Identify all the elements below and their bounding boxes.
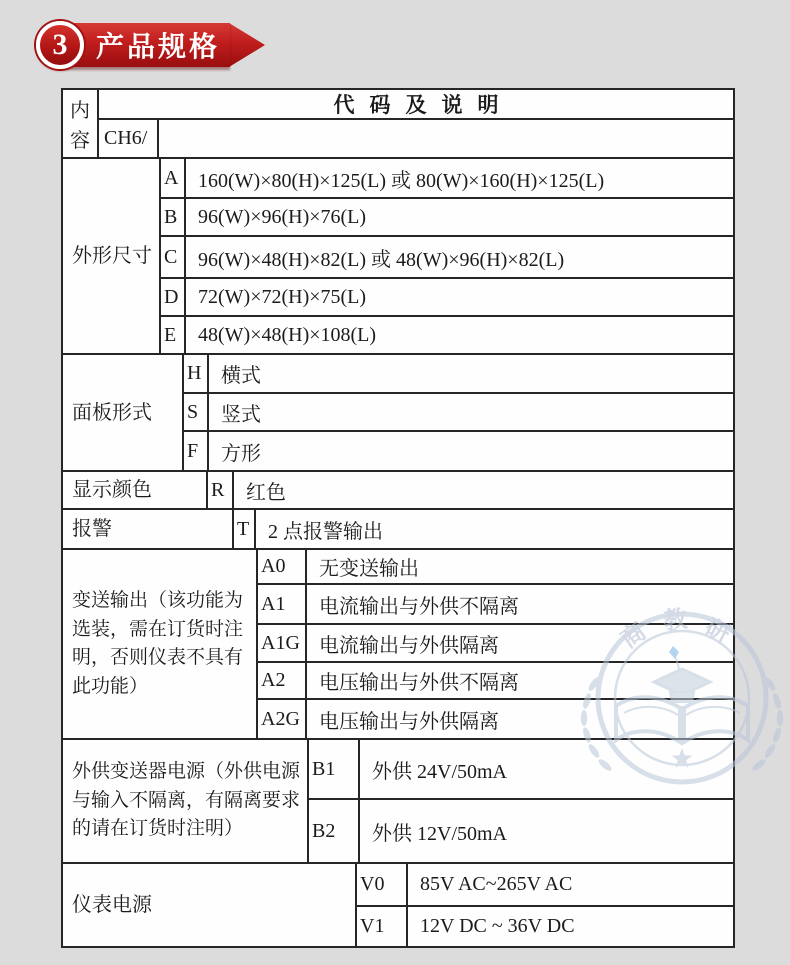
desc-cell: 96(W)×48(H)×82(L) 或 48(W)×96(H)×82(L)	[186, 237, 733, 277]
table-row: A0 无变送输出	[258, 550, 733, 585]
header-code-row: CH6/	[99, 120, 733, 157]
arrow-right-icon	[229, 23, 265, 67]
section-transmission-output: 变送输出（该功能为选装，需在订货时注明，否则仪表不具有此功能） A0 无变送输出…	[63, 550, 733, 740]
code-cell: D	[161, 279, 186, 315]
code-cell: B1	[309, 740, 360, 798]
desc-cell: 160(W)×80(H)×125(L) 或 80(W)×160(H)×125(L…	[186, 159, 733, 197]
code-cell: V1	[357, 907, 408, 946]
code-cell: E	[161, 317, 186, 353]
desc-cell: 电压输出与外供不隔离	[307, 663, 733, 698]
section-label: 变送输出（该功能为选装，需在订货时注明，否则仪表不具有此功能）	[63, 550, 258, 738]
table-row: F 方形	[184, 432, 733, 470]
desc-cell: 竖式	[209, 394, 733, 430]
table-row: D 72(W)×72(H)×75(L)	[161, 279, 733, 317]
section-instrument-power: 仪表电源 V0 85V AC~265V AC V1 12V DC ~ 36V D…	[63, 864, 733, 946]
table-row: T 2 点报警输出	[234, 510, 733, 548]
section-label: 仪表电源	[63, 864, 357, 946]
banner-title: 产品规格	[96, 25, 220, 65]
code-cell: F	[184, 432, 209, 470]
desc-cell: 外供 24V/50mA	[360, 740, 733, 798]
model-prefix-cell: CH6/	[99, 120, 159, 157]
table-row: A 160(W)×80(H)×125(L) 或 80(W)×160(H)×125…	[161, 159, 733, 199]
circled-number-icon: 3	[36, 21, 84, 69]
desc-cell: 2 点报警输出	[256, 510, 733, 548]
section-rows: H 横式 S 竖式 F 方形	[184, 355, 733, 470]
table-row: A2 电压输出与外供不隔离	[258, 663, 733, 700]
section-label: 面板形式	[63, 355, 184, 470]
table-row: A1G 电流输出与外供隔离	[258, 625, 733, 663]
code-cell: A0	[258, 550, 307, 583]
table-row: B1 外供 24V/50mA	[309, 740, 733, 800]
desc-cell: 红色	[234, 472, 733, 508]
desc-cell: 电流输出与外供不隔离	[307, 585, 733, 623]
header-empty-cell	[159, 120, 733, 157]
section-alarm: 报警 T 2 点报警输出	[63, 510, 733, 550]
spec-table: 内 容 代码及说明 CH6/ 外形尺寸 A	[61, 88, 735, 948]
code-cell: S	[184, 394, 209, 430]
section-label: 外供变送器电源（外供电源与输入不隔离，有隔离要求的请在订货时注明）	[63, 740, 309, 862]
model-prefix: CH6/	[104, 127, 147, 150]
section-dimensions: 外形尺寸 A 160(W)×80(H)×125(L) 或 80(W)×160(H…	[63, 159, 733, 355]
header-title-row: 代码及说明	[99, 90, 733, 120]
code-cell: A1G	[258, 625, 307, 661]
code-cell: C	[161, 237, 186, 277]
content-label-bottom: 容	[70, 124, 90, 153]
section-rows: V0 85V AC~265V AC V1 12V DC ~ 36V DC	[357, 864, 733, 946]
desc-cell: 72(W)×72(H)×75(L)	[186, 279, 733, 315]
section-rows: A0 无变送输出 A1 电流输出与外供不隔离 A1G 电流输出与外供隔离 A2 …	[258, 550, 733, 738]
desc-cell: 电压输出与外供隔离	[307, 700, 733, 738]
table-row: V1 12V DC ~ 36V DC	[357, 907, 733, 946]
section-banner: 3 产品规格	[36, 20, 265, 70]
code-cell: B2	[309, 800, 360, 862]
desc-cell: 96(W)×96(H)×76(L)	[186, 199, 733, 235]
section-rows: T 2 点报警输出	[234, 510, 733, 548]
section-display-color: 显示颜色 R 红色	[63, 472, 733, 510]
code-cell: A2	[258, 663, 307, 698]
desc-cell: 方形	[209, 432, 733, 470]
table-row: R 红色	[208, 472, 733, 508]
code-cell: A	[161, 159, 186, 197]
desc-cell: 85V AC~265V AC	[408, 864, 733, 905]
table-row: E 48(W)×48(H)×108(L)	[161, 317, 733, 353]
desc-cell: 外供 12V/50mA	[360, 800, 733, 862]
section-external-power: 外供变送器电源（外供电源与输入不隔离，有隔离要求的请在订货时注明） B1 外供 …	[63, 740, 733, 864]
desc-cell: 48(W)×48(H)×108(L)	[186, 317, 733, 353]
section-rows: A 160(W)×80(H)×125(L) 或 80(W)×160(H)×125…	[161, 159, 733, 353]
table-row: H 横式	[184, 355, 733, 394]
header-right: 代码及说明 CH6/	[99, 90, 733, 157]
table-row: A1 电流输出与外供不隔离	[258, 585, 733, 625]
desc-cell: 12V DC ~ 36V DC	[408, 907, 733, 946]
code-cell: T	[234, 510, 256, 548]
desc-cell: 电流输出与外供隔离	[307, 625, 733, 661]
section-label: 显示颜色	[63, 472, 208, 508]
code-cell: R	[208, 472, 234, 508]
code-cell: A1	[258, 585, 307, 623]
content-label-top: 内	[70, 94, 90, 123]
desc-cell: 横式	[209, 355, 733, 392]
table-row: A2G 电压输出与外供隔离	[258, 700, 733, 738]
code-cell: B	[161, 199, 186, 235]
table-row: B2 外供 12V/50mA	[309, 800, 733, 862]
badge-number: 3	[53, 30, 68, 60]
section-rows: B1 外供 24V/50mA B2 外供 12V/50mA	[309, 740, 733, 862]
page: 3 产品规格 内 容 代码及说明 CH6/	[0, 0, 790, 965]
section-label: 外形尺寸	[63, 159, 161, 353]
code-cell: V0	[357, 864, 408, 905]
table-row: V0 85V AC~265V AC	[357, 864, 733, 907]
code-cell: H	[184, 355, 209, 392]
section-rows: R 红色	[208, 472, 733, 508]
section-label: 报警	[63, 510, 234, 548]
code-cell: A2G	[258, 700, 307, 738]
table-row: S 竖式	[184, 394, 733, 432]
table-row: B 96(W)×96(H)×76(L)	[161, 199, 733, 237]
table-header-section: 内 容 代码及说明 CH6/	[63, 90, 733, 159]
desc-cell: 无变送输出	[307, 550, 733, 583]
content-label-cell: 内 容	[63, 90, 99, 157]
header-title: 代码及说明	[319, 89, 514, 119]
section-panel-form: 面板形式 H 横式 S 竖式 F 方形	[63, 355, 733, 472]
table-row: C 96(W)×48(H)×82(L) 或 48(W)×96(H)×82(L)	[161, 237, 733, 279]
